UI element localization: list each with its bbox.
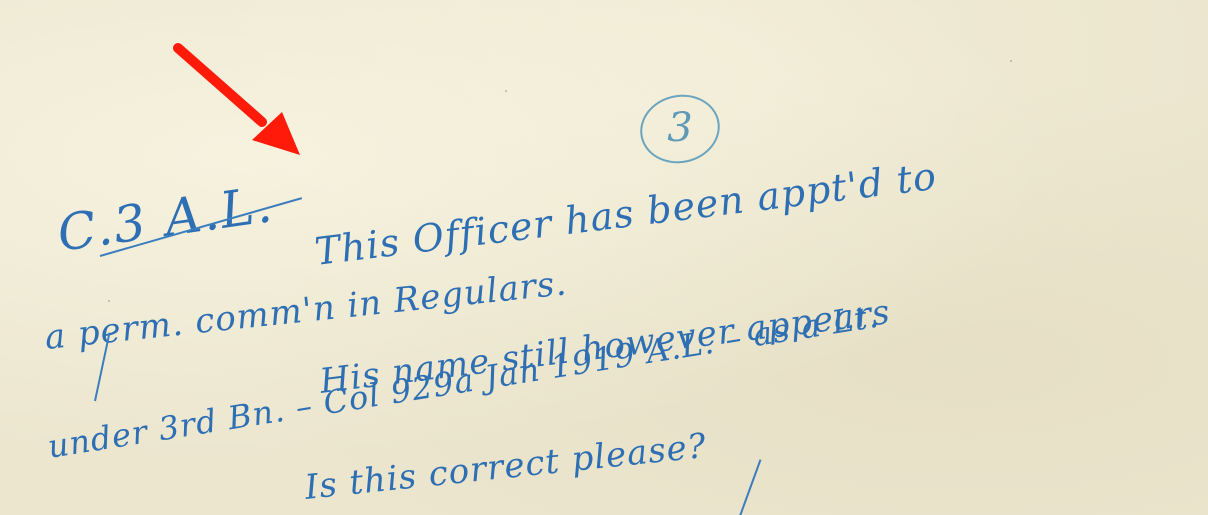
paper-speck (108, 300, 110, 302)
pen-descender-stroke (739, 459, 761, 515)
text-line-1: This Officer has been appt'd to (312, 154, 939, 274)
red-arrow-annotation-icon (170, 40, 310, 160)
folio-number-stamp: 3 (640, 95, 720, 163)
paper-speck (505, 90, 507, 92)
folio-number: 3 (640, 105, 720, 151)
document-page: 3 C.3 A.L. This Officer has been appt'd … (0, 0, 1208, 515)
file-reference: C.3 A.L. (54, 175, 277, 263)
paper-speck (1010, 60, 1012, 62)
text-line-5: Is this correct please? (303, 426, 709, 508)
